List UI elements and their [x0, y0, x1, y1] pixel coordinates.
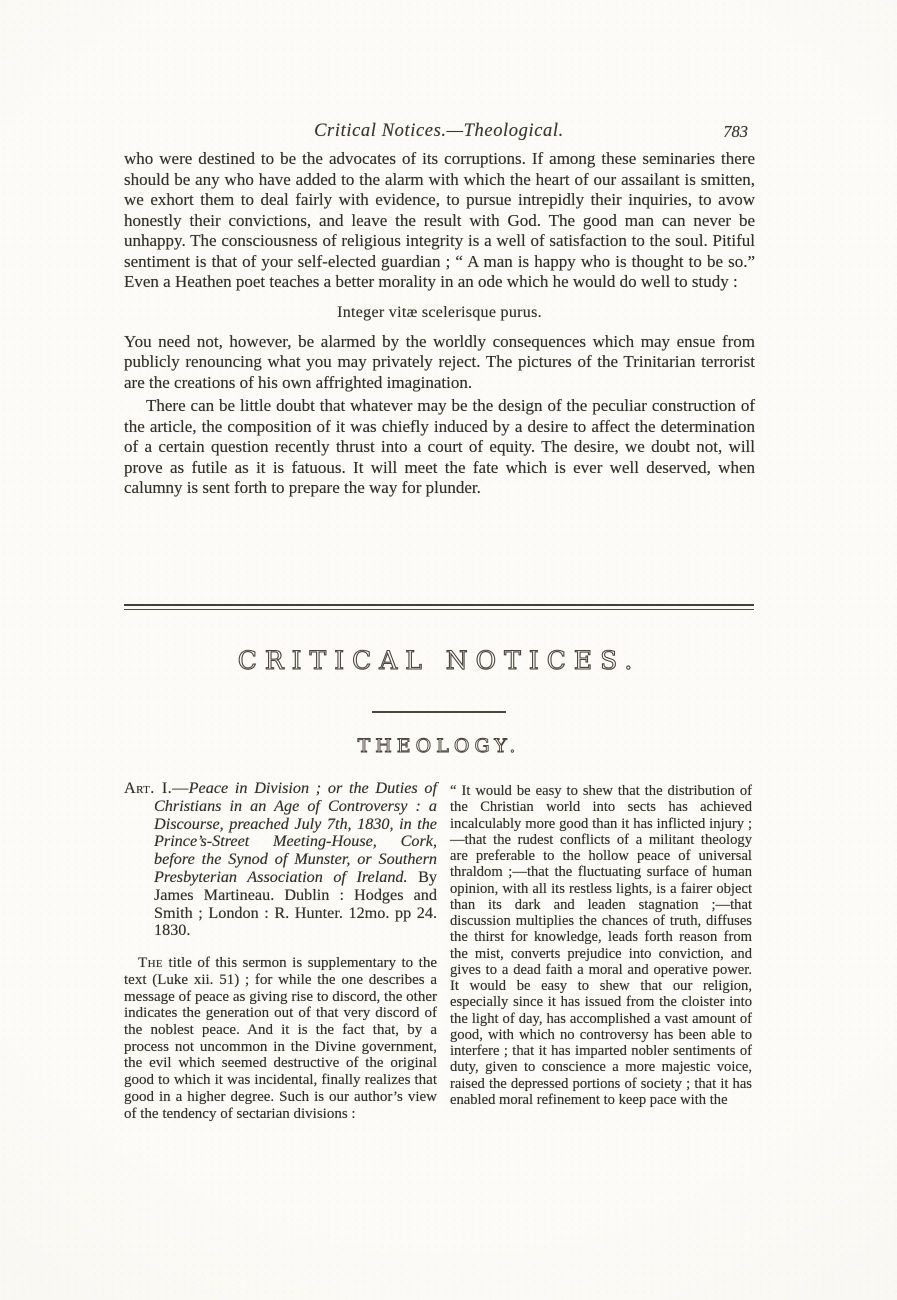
section-title: CRITICAL NOTICES. — [124, 646, 754, 675]
subsection-title: THEOLOGY. — [124, 735, 754, 757]
opening-paragraph-text: title of this sermon is supplementary to… — [124, 955, 437, 1121]
quoted-extract: “ It would be easy to shew that the dist… — [450, 783, 752, 1108]
running-head-title: Critical Notices.—Theological. — [124, 121, 754, 142]
running-head: Critical Notices.—Theological. 783 — [124, 121, 754, 147]
opening-lead-word: The — [138, 955, 163, 971]
article-citation: Art. I.—Peace in Division ; or the Dutie… — [124, 780, 437, 940]
intro-paragraph-2: You need not, however, be alarmed by the… — [124, 332, 755, 394]
article-opening-paragraph: The title of this sermon is supplementar… — [124, 955, 437, 1122]
article-number-label: Art. I.— — [124, 779, 189, 797]
scanned-page: Critical Notices.—Theological. 783 who w… — [0, 0, 897, 1300]
right-column: “ It would be easy to shew that the dist… — [450, 783, 752, 1108]
page-number: 783 — [723, 122, 748, 142]
article-title-italic: Peace in Division ; or the Duties of Chr… — [154, 779, 437, 886]
intro-paragraph-1: who were destined to be the advocates of… — [124, 149, 755, 293]
left-column: Art. I.—Peace in Division ; or the Dutie… — [124, 780, 437, 1122]
section-divider-rule — [124, 604, 754, 610]
intro-section: who were destined to be the advocates of… — [124, 149, 755, 499]
intro-paragraph-3: There can be little doubt that whatever … — [124, 396, 755, 499]
latin-quote-line: Integer vitæ scelerisque purus. — [124, 304, 755, 322]
subsection-divider-rule — [372, 711, 506, 713]
